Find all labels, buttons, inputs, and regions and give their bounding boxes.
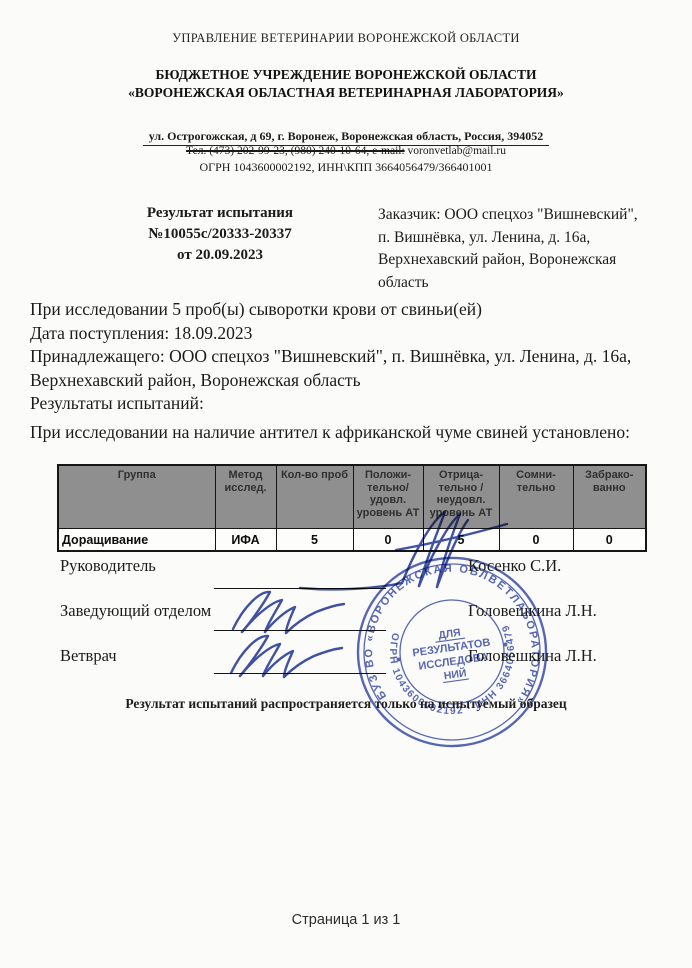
signature-label-vet: Ветврач: [60, 646, 117, 666]
page-number: Страница 1 из 1: [0, 912, 692, 928]
signature-deptchief-stroke: [233, 592, 270, 632]
disclaimer-text: Результат испытаний распространяется тол…: [0, 696, 692, 712]
col-positive: Положи- тельно/ удовл. уровень АТ: [353, 465, 423, 529]
result-number: №10055с/20333-20337: [75, 224, 365, 245]
signature-name-vet: Головешкина Л.Н.: [468, 646, 597, 666]
signature-line: [214, 588, 386, 589]
signature-label-deptchief: Заведующий отделом: [60, 601, 211, 621]
cell-method: ИФА: [215, 529, 276, 552]
body-line-results: Результаты испытаний:: [30, 392, 662, 416]
result-date: от 20.09.2023: [75, 245, 365, 266]
cell-count: 5: [276, 529, 353, 552]
customer-block: Заказчик: ООО спецхоз "Вишневский", п. В…: [378, 204, 640, 294]
address-text: ул. Острогожская, д 69, г. Воронеж, Воро…: [143, 128, 550, 146]
col-rejected: Забрако- ванно: [573, 465, 646, 529]
authority-title: УПРАВЛЕНИЕ ВЕТЕРИНАРИИ ВОРОНЕЖСКОЙ ОБЛАС…: [0, 31, 692, 46]
cell-doubtful: 0: [499, 529, 573, 552]
result-title-block: Результат испытания №10055с/20333-20337 …: [75, 203, 365, 266]
stamp-center-line1: ДЛЯ: [438, 627, 462, 642]
signature-name-head: Косенко С.И.: [468, 556, 561, 576]
institution-line1: БЮДЖЕТНОЕ УЧРЕЖДЕНИЕ ВОРОНЕЖСКОЙ ОБЛАСТИ: [0, 66, 692, 84]
body-line-samples: При исследовании 5 проб(ы) сыворотки кро…: [30, 298, 662, 322]
institution-line2: «ВОРОНЕЖСКАЯ ОБЛАСТНАЯ ВЕТЕРИНАРНАЯ ЛАБО…: [0, 84, 692, 102]
signature-deptchief-stroke: [286, 604, 344, 633]
signature-line: [214, 673, 386, 674]
address-line: ул. Острогожская, д 69, г. Воронеж, Воро…: [0, 128, 692, 146]
signature-vet-stroke: [231, 636, 268, 676]
col-doubtful: Сомни- тельно: [499, 465, 573, 529]
cell-positive: 0: [353, 529, 423, 552]
cell-negative: 5: [423, 529, 499, 552]
cell-group: Доращивание: [58, 529, 215, 552]
stamp-underlines: [435, 638, 470, 683]
stamp-left-dot: [396, 657, 401, 662]
signature-name-deptchief: Головешкина Л.Н.: [468, 601, 597, 621]
col-method: Метод исслед.: [215, 465, 276, 529]
signature-deptchief-stroke: [242, 600, 282, 632]
contacts-line: Тел. (473) 202-99-23, (980) 240-10-64, e…: [0, 145, 692, 157]
body-text: При исследовании 5 проб(ы) сыворотки кро…: [30, 298, 662, 444]
body-line-asf: При исследовании на наличие антител к аф…: [30, 421, 662, 445]
cell-rejected: 0: [573, 529, 646, 552]
table-row: Доращивание ИФА 5 0 5 0 0: [58, 529, 646, 552]
result-title: Результат испытания: [75, 203, 365, 224]
contacts-email-text: voronvetlab@mail.ru: [405, 145, 506, 157]
registration-line: ОГРН 1043600002192, ИНН\КПП 3664056479/3…: [0, 160, 692, 175]
signature-label-head: Руководитель: [60, 556, 156, 576]
body-line-owner: Принадлежащего: ООО спецхоз "Вишневский"…: [30, 345, 662, 392]
contacts-struck-text: Тел. (473) 202-99-23, (980) 240-10-64, e…: [186, 145, 405, 157]
stamp-center-line4: НИЙ: [443, 666, 467, 682]
col-negative: Отрица- тельно / неудовл. уровень АТ: [423, 465, 499, 529]
col-count: Кол-во проб: [276, 465, 353, 529]
signature-vet-stroke: [240, 644, 280, 676]
scanned-lab-report-page: УПРАВЛЕНИЕ ВЕТЕРИНАРИИ ВОРОНЕЖСКОЙ ОБЛАС…: [0, 0, 692, 968]
institution-title: БЮДЖЕТНОЕ УЧРЕЖДЕНИЕ ВОРОНЕЖСКОЙ ОБЛАСТИ…: [0, 66, 692, 101]
results-table: Группа Метод исслед. Кол-во проб Положи-…: [57, 464, 647, 552]
body-line-date: Дата поступления: 18.09.2023: [30, 322, 662, 346]
table-header-row: Группа Метод исслед. Кол-во проб Положи-…: [58, 465, 646, 529]
col-group: Группа: [58, 465, 215, 529]
signature-line: [214, 630, 386, 631]
